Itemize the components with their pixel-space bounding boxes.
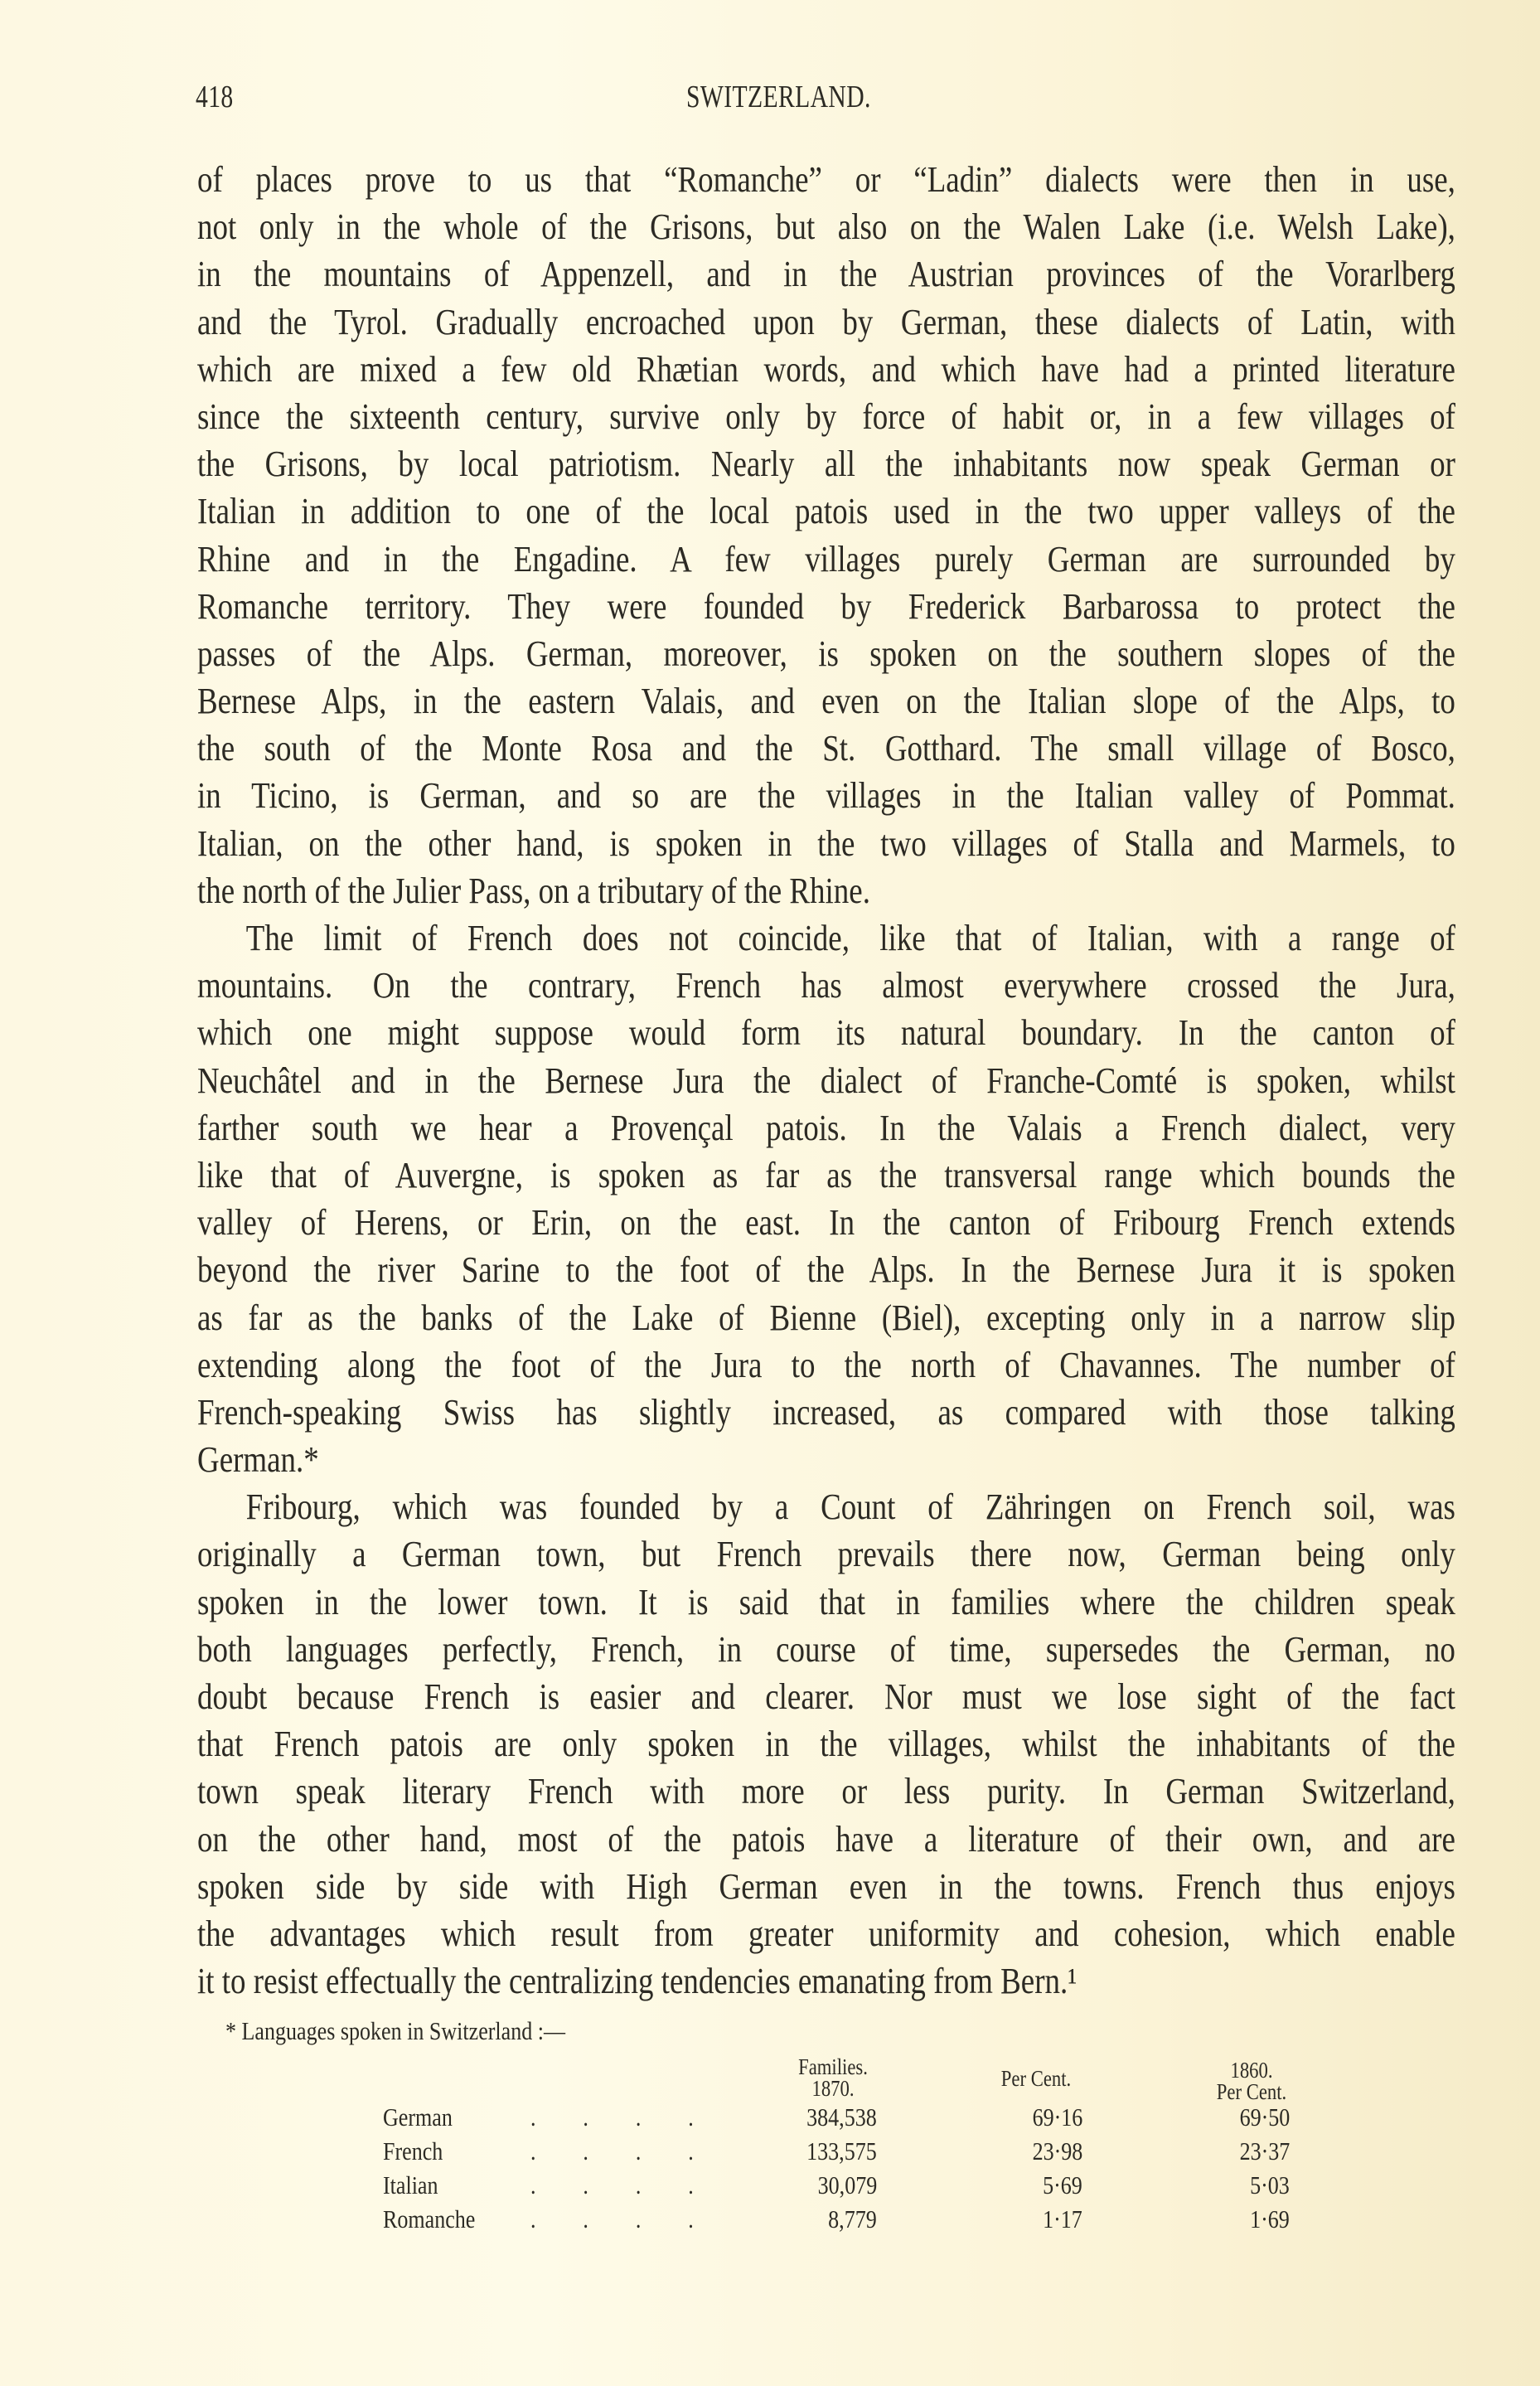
- leader-dots: . . . .: [530, 2170, 714, 2200]
- families-1870: 133,575: [806, 2136, 877, 2166]
- text-line: of places prove to us that “Romanche” or…: [197, 156, 1455, 203]
- text-line: not only in the whole of the Grisons, bu…: [197, 203, 1455, 250]
- header-line: 1870.: [763, 2078, 903, 2099]
- text-line: as far as the banks of the Lake of Bienn…: [197, 1294, 1455, 1341]
- header-per-cent-1860: 1860. Per Cent.: [1189, 2059, 1314, 2102]
- header-families-1870: Families. 1870.: [763, 2056, 903, 2099]
- text-line: town speak literary French with more or …: [197, 1768, 1455, 1815]
- leader-dots: . . . .: [530, 2204, 714, 2234]
- running-head: 418 SWITZERLAND.: [196, 79, 1455, 120]
- text-line: the advantages which result from greater…: [197, 1910, 1455, 1957]
- body-text: of places prove to us that “Romanche” or…: [197, 156, 1455, 2005]
- language-name: French: [383, 2136, 443, 2166]
- per-cent-1860: 23·37: [1239, 2136, 1290, 2166]
- language-name: Romanche: [383, 2204, 475, 2234]
- text-line: both languages perfectly, French, in cou…: [197, 1626, 1455, 1673]
- language-name: German: [383, 2102, 453, 2132]
- table-row: French . . . . 133,575 23·98 23·37: [0, 2136, 1540, 2170]
- header-line: 1860.: [1189, 2059, 1314, 2081]
- text-line: German.*: [197, 1436, 1455, 1483]
- footnote-caption: * Languages spoken in Switzerland :—: [225, 2016, 565, 2046]
- per-cent-1870: 23·98: [1032, 2136, 1082, 2166]
- text-line: spoken side by side with High German eve…: [197, 1863, 1455, 1910]
- header-line: Per Cent.: [1189, 2081, 1314, 2102]
- text-line: in the mountains of Appenzell, and in th…: [197, 250, 1455, 298]
- leader-dots: . . . .: [530, 2136, 714, 2166]
- text-line: beyond the river Sarine to the foot of t…: [197, 1246, 1455, 1293]
- per-cent-1870: 1·17: [1043, 2204, 1082, 2234]
- table-row: German . . . . 384,538 69·16 69·50: [0, 2102, 1540, 2136]
- header-per-cent-1870: Per Cent.: [973, 2068, 1098, 2089]
- per-cent-1870: 69·16: [1032, 2102, 1082, 2132]
- text-line: that French patois are only spoken in th…: [197, 1720, 1455, 1768]
- text-line: Bernese Alps, in the eastern Valais, and…: [197, 677, 1455, 725]
- per-cent-1870: 5·69: [1043, 2170, 1082, 2200]
- text-line: originally a German town, but French pre…: [197, 1530, 1455, 1578]
- text-line: the south of the Monte Rosa and the St. …: [197, 725, 1455, 772]
- text-line: it to resist effectually the centralizin…: [197, 1957, 1455, 2005]
- paragraph-start-line: The limit of French does not coincide, l…: [197, 914, 1455, 962]
- text-line: since the sixteenth century, survive onl…: [197, 393, 1455, 440]
- text-line: which are mixed a few old Rhætian words,…: [197, 346, 1455, 393]
- text-line: the Grisons, by local patriotism. Nearly…: [197, 440, 1455, 487]
- text-line: French-speaking Swiss has slightly incre…: [197, 1389, 1455, 1436]
- language-name: Italian: [383, 2170, 438, 2200]
- families-1870: 384,538: [806, 2102, 877, 2132]
- text-line: spoken in the lower town. It is said tha…: [197, 1579, 1455, 1626]
- text-line: Italian, on the other hand, is spoken in…: [197, 820, 1455, 867]
- families-1870: 8,779: [828, 2204, 877, 2234]
- text-line: passes of the Alps. German, moreover, is…: [197, 630, 1455, 677]
- families-1870: 30,079: [817, 2170, 877, 2200]
- text-line: Neuchâtel and in the Bernese Jura the di…: [197, 1057, 1455, 1104]
- text-line: and the Tyrol. Gradually encroached upon…: [197, 298, 1455, 346]
- text-line: doubt because French is easier and clear…: [197, 1673, 1455, 1720]
- running-title: SWITZERLAND.: [686, 79, 871, 115]
- header-line: Families.: [763, 2056, 903, 2078]
- per-cent-1860: 69·50: [1239, 2102, 1290, 2132]
- text-line: Romanche territory. They were founded by…: [197, 583, 1455, 630]
- leader-dots: . . . .: [530, 2102, 714, 2132]
- text-line: Rhine and in the Engadine. A few village…: [197, 536, 1455, 583]
- text-line: mountains. On the contrary, French has a…: [197, 962, 1455, 1009]
- text-line: valley of Herens, or Erin, on the east. …: [197, 1199, 1455, 1246]
- footnote-caption-text: Languages spoken in Switzerland :—: [242, 2016, 566, 2045]
- footnote-marker: *: [225, 2016, 236, 2045]
- paragraph-start-line: Fribourg, which was founded by a Count o…: [197, 1483, 1455, 1530]
- table-row: Italian . . . . 30,079 5·69 5·03: [0, 2170, 1540, 2204]
- text-line: which one might suppose would form its n…: [197, 1009, 1455, 1056]
- header-line: Per Cent.: [973, 2068, 1098, 2089]
- text-line: farther south we hear a Provençal patois…: [197, 1104, 1455, 1152]
- text-line: in Ticino, is German, and so are the vil…: [197, 772, 1455, 819]
- text-line: like that of Auvergne, is spoken as far …: [197, 1152, 1455, 1199]
- per-cent-1860: 5·03: [1250, 2170, 1290, 2200]
- text-line: Italian in addition to one of the local …: [197, 487, 1455, 535]
- text-line: the north of the Julier Pass, on a tribu…: [197, 867, 1455, 914]
- page-number: 418: [196, 79, 234, 115]
- text-line: on the other hand, most of the patois ha…: [197, 1816, 1455, 1863]
- text-line: extending along the foot of the Jura to …: [197, 1341, 1455, 1389]
- per-cent-1860: 1·69: [1250, 2204, 1290, 2234]
- table-row: Romanche . . . . 8,779 1·17 1·69: [0, 2204, 1540, 2238]
